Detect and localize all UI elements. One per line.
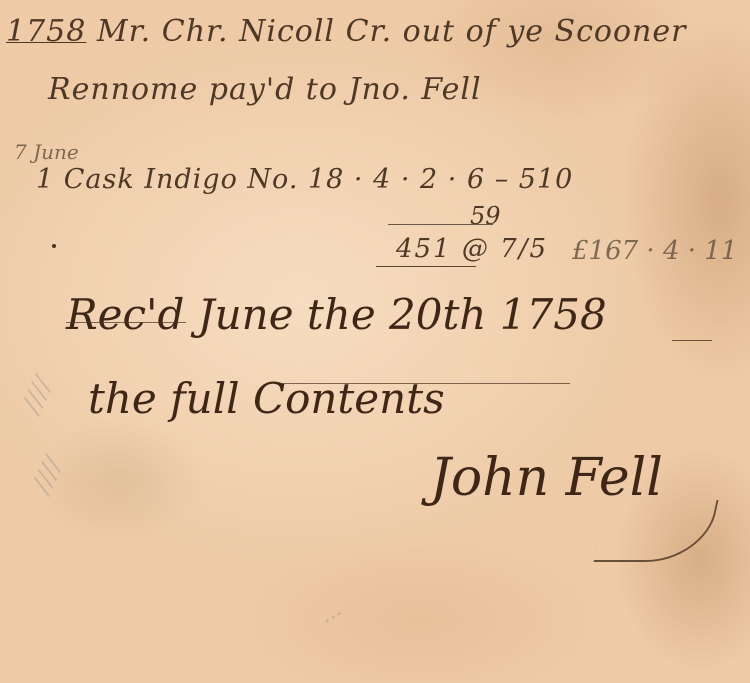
ink-dot (52, 244, 56, 248)
header-line-1: 1758 Mr. Chr. Nicoll Cr. out of ye Scoon… (6, 14, 686, 49)
signature: John Fell (430, 448, 663, 508)
subtraction-rule (388, 224, 493, 225)
receipt-line-1: Rec'd June the 20th 1758 (66, 290, 607, 339)
pencil-mark: ... (315, 596, 346, 628)
receipt-line-2: the full Contents (88, 374, 445, 423)
pencil-mark: //// (27, 453, 69, 497)
flourish-line (280, 383, 570, 384)
signature-flourish (593, 500, 718, 562)
entry-rate: @ 7/5 (462, 234, 548, 264)
entry-date: 7 June (14, 140, 79, 164)
flourish-line (66, 322, 186, 323)
pencil-mark: //// (17, 373, 59, 417)
entry-amount: £167 · 4 · 11 (572, 236, 737, 266)
flourish-tail (672, 340, 712, 341)
entry-deduction: 59 (470, 202, 501, 230)
header-account-text: Mr. Chr. Nicoll Cr. out of ye Scooner (97, 14, 687, 49)
total-underline (376, 266, 476, 267)
entry-net: 451 (396, 234, 452, 264)
entry-net-and-rate: 451 @ 7/5 (396, 234, 548, 264)
header-year: 1758 (6, 14, 86, 49)
aged-paper-document: 1758 Mr. Chr. Nicoll Cr. out of ye Scoon… (0, 0, 750, 683)
header-line-2: Rennome pay'd to Jno. Fell (48, 72, 482, 107)
entry-item: 1 Cask Indigo No. 18 · 4 · 2 · 6 – 510 (36, 164, 573, 195)
